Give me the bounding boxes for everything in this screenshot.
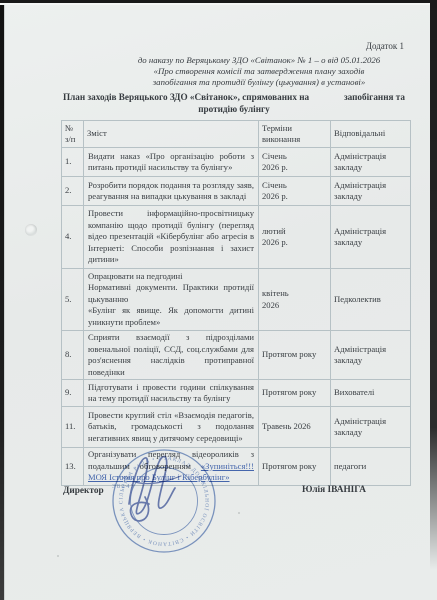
table-row: 5. Опрацювати на педгодині Нормативні до… <box>62 269 411 331</box>
row-number: 13. <box>62 448 84 486</box>
order-reference-line2: «Про створення комісії та затвердження п… <box>108 66 410 77</box>
row-responsible: Адміністрація закладу <box>331 148 411 177</box>
row-term: Протягом року <box>259 380 331 407</box>
row-responsible: Адміністрація закладу <box>331 177 411 206</box>
column-header-responsible: Відповідальні <box>331 121 411 148</box>
table-row: 1. Видати наказ «Про організацію роботи … <box>62 148 411 177</box>
row-term: Протягом року <box>259 331 331 380</box>
row-number: 2. <box>62 177 84 206</box>
hole-punch-mark <box>25 224 37 236</box>
row-content: Підготувати і провести години спілкуванн… <box>84 380 259 407</box>
row-content: Провести інформаційно-просвітницьку комп… <box>84 206 259 269</box>
page-title: План заходів Веряцького ЗДО «Світанок», … <box>63 91 405 115</box>
table-header-row: № з/п Зміст Терміни виконання Відповідал… <box>62 121 411 148</box>
dust-speck <box>238 512 240 514</box>
row-responsible: педагоги <box>331 448 411 486</box>
column-header-term: Терміни виконання <box>259 121 331 148</box>
order-reference-line3: запобігання та протидії булінгу (цькуван… <box>108 77 410 88</box>
row-term: Січень 2026 р. <box>259 148 331 177</box>
row-content: Сприяти взаємодії з підрозділами ювеналь… <box>84 331 259 380</box>
page-title-line1-left: План заходів Веряцького ЗДО «Світанок», … <box>63 91 309 103</box>
row-content: Опрацювати на педгодині Нормативні докум… <box>84 269 259 331</box>
stamp-code-label: код <box>122 474 132 481</box>
row-number: 11. <box>62 407 84 448</box>
row-term: лютий 2026 р. <box>259 206 331 269</box>
scan-edge-left-highlight <box>4 0 5 600</box>
row-number: 1. <box>62 148 84 177</box>
table-row: 4. Провести інформаційно-просвітницьку к… <box>62 206 411 269</box>
official-stamp: ЗАКЛАД ДОШКІЛЬНОЇ ОСВІТИ • СВІТАНОК • ВЕ… <box>105 442 223 560</box>
row-number: 9. <box>62 380 84 407</box>
table-row: 2. Розробити порядок подання та розгляду… <box>62 177 411 206</box>
page-title-line1-right: запобігання та <box>344 91 405 103</box>
dust-speck <box>57 555 59 557</box>
row-number: 4. <box>62 206 84 269</box>
stamp-ring-text: ЗАКЛАД ДОШКІЛЬНОЇ ОСВІТИ • СВІТАНОК • ВЕ… <box>105 442 210 547</box>
row-term: Травень 2026 <box>259 407 331 448</box>
director-name: Юлія ІВАНІГА <box>302 485 366 495</box>
row-number: 8. <box>62 331 84 380</box>
row-responsible: Педколектив <box>331 269 411 331</box>
stamp-ring-text-holder: ЗАКЛАД ДОШКІЛЬНОЇ ОСВІТИ • СВІТАНОК • ВЕ… <box>105 442 210 547</box>
row-number: 5. <box>62 269 84 331</box>
director-label: Директор <box>63 486 104 496</box>
action-plan-table: № з/п Зміст Терміни виконання Відповідал… <box>61 120 411 486</box>
column-header-number: № з/п <box>62 121 84 148</box>
table-row: 9. Підготувати і провести години спілкув… <box>62 380 411 407</box>
scan-edge-right <box>430 0 437 570</box>
page-title-line2: протидію булінгу <box>63 103 405 115</box>
row-term: Січень 2026 р. <box>259 177 331 206</box>
row-content: Розробити порядок подання та розгляду за… <box>84 177 259 206</box>
table-row: 8. Сприяти взаємодії з підрозділами ювен… <box>62 331 411 380</box>
row-responsible: Адміністрація закладу <box>331 206 411 269</box>
appendix-label: Додаток 1 <box>366 41 404 51</box>
stamp-outer-circle <box>113 450 215 552</box>
row-responsible: Адміністрація закладу <box>331 331 411 380</box>
scan-edge-top-highlight <box>0 3 437 5</box>
order-reference-line1: до наказу по Веряцькому ЗДО «Світанок» №… <box>108 55 410 66</box>
order-reference: до наказу по Веряцькому ЗДО «Світанок» №… <box>60 55 410 89</box>
row-term: квітень 2026 <box>259 269 331 331</box>
row-content: Видати наказ «Про організацію роботи з п… <box>84 148 259 177</box>
row-responsible: Вихователі <box>331 380 411 407</box>
column-header-content: Зміст <box>84 121 259 148</box>
row-responsible: Адміністрація закладу <box>331 407 411 448</box>
row-term: Протягом року <box>259 448 331 486</box>
